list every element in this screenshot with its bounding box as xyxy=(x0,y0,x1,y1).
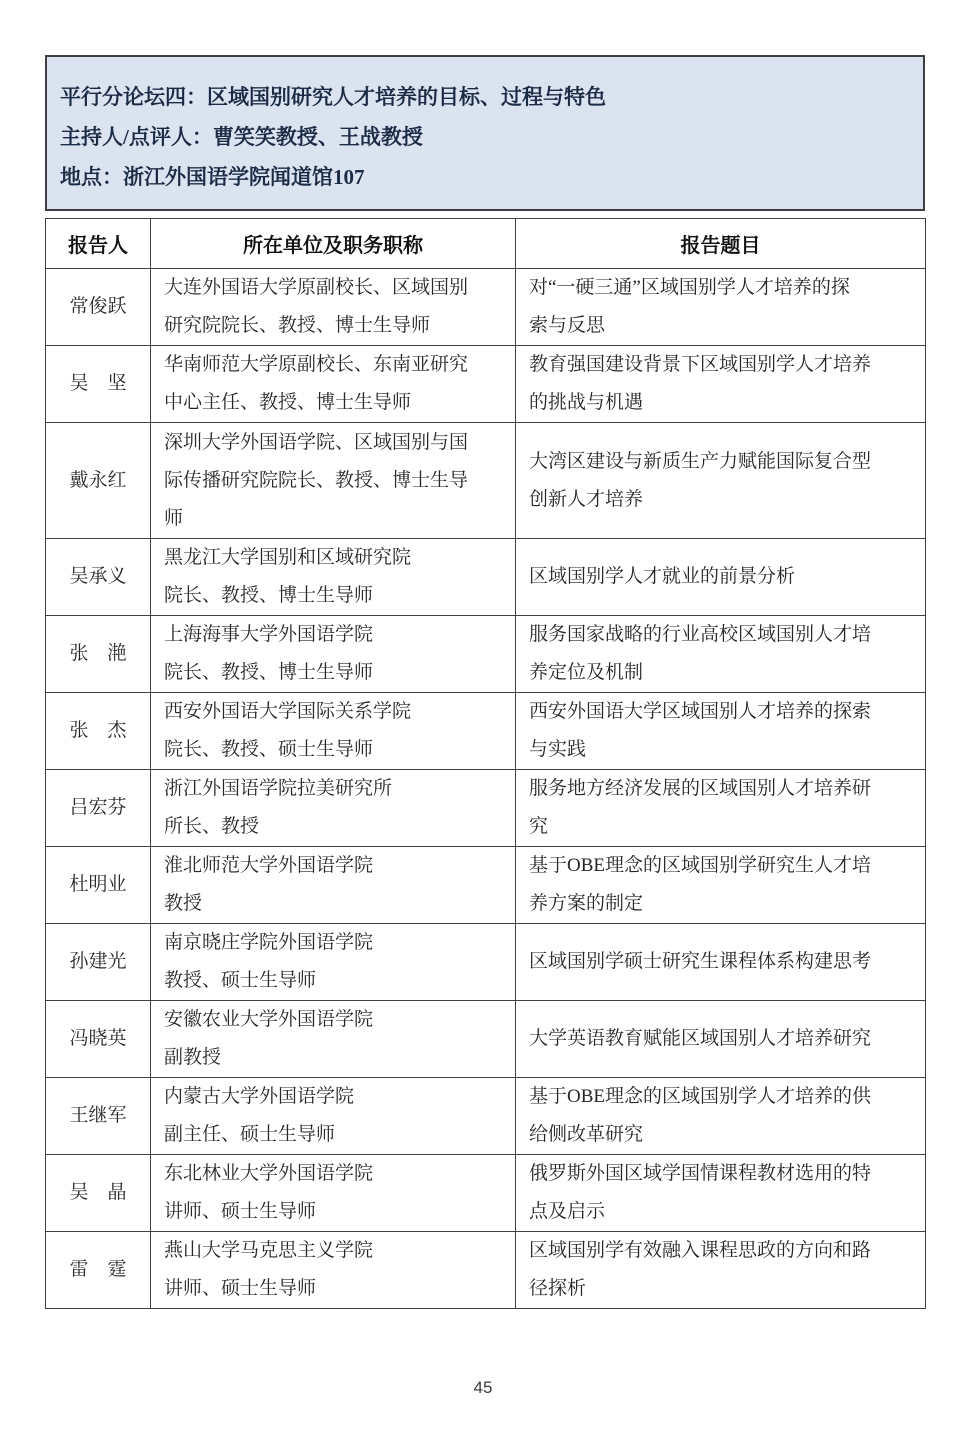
presenter-affiliation: 南京晓庄学院外国语学院 教授、硕士生导师 xyxy=(151,924,516,1001)
presenter-affiliation: 上海海事大学外国语学院 院长、教授、博士生导师 xyxy=(151,616,516,693)
table-header-row: 报告人 所在单位及职务职称 报告题目 xyxy=(46,219,926,269)
report-title: 对“一硬三通”区域国别学人才培养的探 索与反思 xyxy=(516,269,926,346)
presenter-affiliation: 华南师范大学原副校长、东南亚研究 中心主任、教授、博士生导师 xyxy=(151,346,516,423)
presenter-name: 吴承义 xyxy=(46,539,151,616)
report-title: 大学英语教育赋能区域国别人才培养研究 xyxy=(516,1001,926,1078)
presenter-name: 孙建光 xyxy=(46,924,151,1001)
presenter-affiliation: 黑龙江大学国别和区域研究院 院长、教授、博士生导师 xyxy=(151,539,516,616)
presenter-name: 冯晓英 xyxy=(46,1001,151,1078)
table-row: 张 滟 上海海事大学外国语学院 院长、教授、博士生导师 服务国家战略的行业高校区… xyxy=(46,616,926,693)
report-title: 大湾区建设与新质生产力赋能国际复合型 创新人才培养 xyxy=(516,423,926,539)
presenter-affiliation: 淮北师范大学外国语学院 教授 xyxy=(151,847,516,924)
presenter-affiliation: 东北林业大学外国语学院 讲师、硕士生导师 xyxy=(151,1155,516,1232)
table-row: 杜明业 淮北师范大学外国语学院 教授 基于OBE理念的区域国别学研究生人才培 养… xyxy=(46,847,926,924)
presenter-affiliation: 安徽农业大学外国语学院 副教授 xyxy=(151,1001,516,1078)
presenter-affiliation: 内蒙古大学外国语学院 副主任、硕士生导师 xyxy=(151,1078,516,1155)
report-title: 基于OBE理念的区域国别学人才培养的供 给侧改革研究 xyxy=(516,1078,926,1155)
presenter-affiliation: 西安外国语大学国际关系学院 院长、教授、硕士生导师 xyxy=(151,693,516,770)
table-row: 张 杰 西安外国语大学国际关系学院 院长、教授、硕士生导师 西安外国语大学区域国… xyxy=(46,693,926,770)
table-row: 戴永红 深圳大学外国语学院、区域国别与国 际传播研究院院长、教授、博士生导 师 … xyxy=(46,423,926,539)
presenter-name: 张 滟 xyxy=(46,616,151,693)
report-title: 服务地方经济发展的区域国别人才培养研 究 xyxy=(516,770,926,847)
presenter-name: 吴 坚 xyxy=(46,346,151,423)
forum-title: 平行分论坛四：区域国别研究人才培养的目标、过程与特色 xyxy=(60,77,909,117)
table-row: 吕宏芬 浙江外国语学院拉美研究所 所长、教授 服务地方经济发展的区域国别人才培养… xyxy=(46,770,926,847)
table-row: 王继军 内蒙古大学外国语学院 副主任、硕士生导师 基于OBE理念的区域国别学人才… xyxy=(46,1078,926,1155)
page-number: 45 xyxy=(0,1378,966,1398)
program-table: 报告人 所在单位及职务职称 报告题目 常俊跃 大连外国语大学原副校长、区域国别 … xyxy=(45,218,926,1309)
presenter-name: 常俊跃 xyxy=(46,269,151,346)
report-title: 区域国别学有效融入课程思政的方向和路 径探析 xyxy=(516,1232,926,1309)
table-row: 吴 晶 东北林业大学外国语学院 讲师、硕士生导师 俄罗斯外国区域学国情课程教材选… xyxy=(46,1155,926,1232)
table-row: 吴 坚 华南师范大学原副校长、东南亚研究 中心主任、教授、博士生导师 教育强国建… xyxy=(46,346,926,423)
forum-location: 地点：浙江外国语学院闻道馆107 xyxy=(60,157,909,197)
presenter-affiliation: 大连外国语大学原副校长、区域国别 研究院院长、教授、博士生导师 xyxy=(151,269,516,346)
column-header-title: 报告题目 xyxy=(516,219,926,269)
presenter-affiliation: 浙江外国语学院拉美研究所 所长、教授 xyxy=(151,770,516,847)
presenter-name: 杜明业 xyxy=(46,847,151,924)
document-page: 平行分论坛四：区域国别研究人才培养的目标、过程与特色 主持人/点评人：曹笑笑教授… xyxy=(0,0,966,1438)
presenter-name: 吕宏芬 xyxy=(46,770,151,847)
presenter-name: 张 杰 xyxy=(46,693,151,770)
report-title: 区域国别学硕士研究生课程体系构建思考 xyxy=(516,924,926,1001)
table-row: 吴承义 黑龙江大学国别和区域研究院 院长、教授、博士生导师 区域国别学人才就业的… xyxy=(46,539,926,616)
presenter-name: 雷 霆 xyxy=(46,1232,151,1309)
table-row: 常俊跃 大连外国语大学原副校长、区域国别 研究院院长、教授、博士生导师 对“一硬… xyxy=(46,269,926,346)
report-title: 区域国别学人才就业的前景分析 xyxy=(516,539,926,616)
report-title: 俄罗斯外国区域学国情课程教材选用的特 点及启示 xyxy=(516,1155,926,1232)
presenter-affiliation: 深圳大学外国语学院、区域国别与国 际传播研究院院长、教授、博士生导 师 xyxy=(151,423,516,539)
presenter-affiliation: 燕山大学马克思主义学院 讲师、硕士生导师 xyxy=(151,1232,516,1309)
forum-header-box: 平行分论坛四：区域国别研究人才培养的目标、过程与特色 主持人/点评人：曹笑笑教授… xyxy=(45,55,925,211)
forum-hosts: 主持人/点评人：曹笑笑教授、王战教授 xyxy=(60,117,909,157)
table-row: 冯晓英 安徽农业大学外国语学院 副教授 大学英语教育赋能区域国别人才培养研究 xyxy=(46,1001,926,1078)
presenter-name: 戴永红 xyxy=(46,423,151,539)
column-header-presenter: 报告人 xyxy=(46,219,151,269)
report-title: 教育强国建设背景下区域国别学人才培养 的挑战与机遇 xyxy=(516,346,926,423)
table-row: 雷 霆 燕山大学马克思主义学院 讲师、硕士生导师 区域国别学有效融入课程思政的方… xyxy=(46,1232,926,1309)
presenter-name: 吴 晶 xyxy=(46,1155,151,1232)
report-title: 西安外国语大学区域国别人才培养的探索 与实践 xyxy=(516,693,926,770)
table-row: 孙建光 南京晓庄学院外国语学院 教授、硕士生导师 区域国别学硕士研究生课程体系构… xyxy=(46,924,926,1001)
presenter-name: 王继军 xyxy=(46,1078,151,1155)
report-title: 服务国家战略的行业高校区域国别人才培 养定位及机制 xyxy=(516,616,926,693)
report-title: 基于OBE理念的区域国别学研究生人才培 养方案的制定 xyxy=(516,847,926,924)
column-header-affiliation: 所在单位及职务职称 xyxy=(151,219,516,269)
